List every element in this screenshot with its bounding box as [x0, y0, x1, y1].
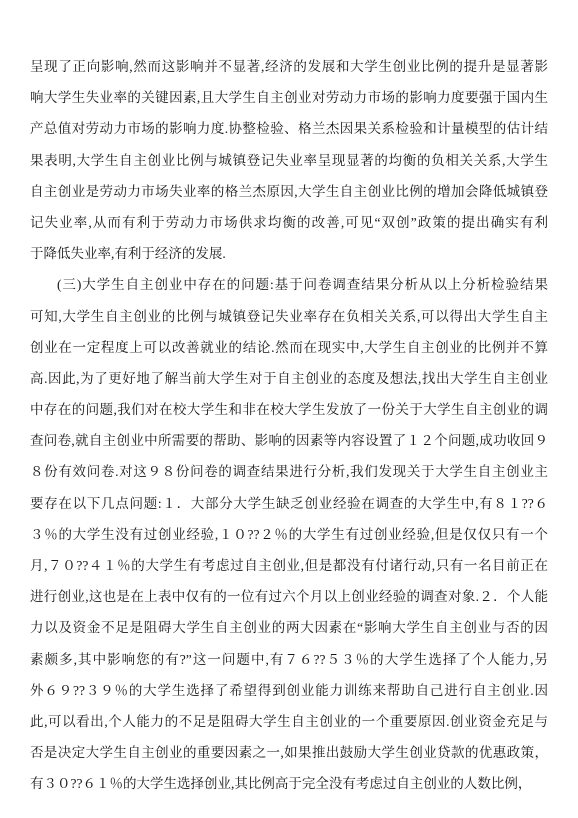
paragraph-2-line: 查问卷,就自主创业中所需要的帮助、影响的因素等内容设置了１２个问题,成功收回９ — [30, 425, 548, 456]
paragraph-1-line: 响大学生失业率的关键因素,且大学生自主创业对劳动力市场的影响力度要强于国内生 — [30, 82, 548, 113]
paragraph-2-line: 进行创业,这也是在上表中仅有的一位有过六个月以上创业经验的调查对象.２．个人能 — [30, 581, 548, 612]
paragraph-2-line: 此,可以看出,个人能力的不足是阻碍大学生自主创业的一个重要原因.创业资金充足与 — [30, 706, 548, 737]
paragraph-2-line: (三)大学生自主创业中存在的问题:基于问卷调查结果分析从以上分析检验结果 — [30, 269, 548, 300]
paragraph-2-line: 高.因此,为了更好地了解当前大学生对于自主创业的态度及想法,找出大学生自主创业 — [30, 363, 548, 394]
paragraph-2-line: 有３０??６１％的大学生选择创业,其比例高于完全没有考虑过自主创业的人数比例， — [30, 768, 548, 799]
paragraph-2-line: 创业在一定程度上可以改善就业的结论.然而在现实中,大学生自主创业的比例并不算 — [30, 332, 548, 363]
paragraph-2-line: 外６９??３９％的大学生选择了希望得到创业能力训练来帮助自己进行自主创业.因 — [30, 675, 548, 706]
paragraph-2-line: 月,７０??４１％的大学生有考虑过自主创业,但是都没有付诸行动,只有一名目前正在 — [30, 550, 548, 581]
document-page: 呈现了正向影响,然而这影响并不显著,经济的发展和大学生创业比例的提升是显著影响大… — [0, 0, 578, 818]
paragraph-2-line: 要存在以下几点问题:１．大部分大学生缺乏创业经验在调查的大学生中,有８１??６ — [30, 488, 548, 519]
paragraph-1-line: 产总值对劳动力市场的影响力度.协整检验、格兰杰因果关系检验和计量模型的估计结 — [30, 113, 548, 144]
paragraph-1-line: 果表明,大学生自主创业比例与城镇登记失业率呈现显著的均衡的负相关关系,大学生 — [30, 145, 548, 176]
paragraph-2-line: 素颇多,其中影响您的有?”这一问题中,有７６??５３％的大学生选择了个人能力,另 — [30, 644, 548, 675]
paragraph-1-line: 于降低失业率,有利于经济的发展. — [30, 238, 548, 269]
paragraph-1-line: 呈现了正向影响,然而这影响并不显著,经济的发展和大学生创业比例的提升是显著影 — [30, 51, 548, 82]
paragraph-2-line: 可知,大学生自主创业的比例与城镇登记失业率存在负相关关系,可以得出大学生自主 — [30, 301, 548, 332]
text-block: 呈现了正向影响,然而这影响并不显著,经济的发展和大学生创业比例的提升是显著影响大… — [30, 51, 548, 800]
paragraph-2-line: 否是决定大学生自主创业的重要因素之一,如果推出鼓励大学生创业贷款的优惠政策， — [30, 737, 548, 768]
paragraph-1-line: 自主创业是劳动力市场失业率的格兰杰原因,大学生自主创业比例的增加会降低城镇登 — [30, 176, 548, 207]
paragraph-2-line: 力以及资金不足是阻碍大学生自主创业的两大因素在“影响大学生自主创业与否的因 — [30, 612, 548, 643]
paragraph-2-line: ３％的大学生没有过创业经验,１０??２％的大学生有过创业经验,但是仅仅只有一个 — [30, 519, 548, 550]
paragraph-2-line: 中存在的问题,我们对在校大学生和非在校大学生发放了一份关于大学生自主创业的调 — [30, 394, 548, 425]
paragraph-2-line: ８份有效问卷.对这９８份问卷的调查结果进行分析,我们发现关于大学生自主创业主 — [30, 456, 548, 487]
paragraph-1-line: 记失业率,从而有利于劳动力市场供求均衡的改善,可见“双创”政策的提出确实有利 — [30, 207, 548, 238]
